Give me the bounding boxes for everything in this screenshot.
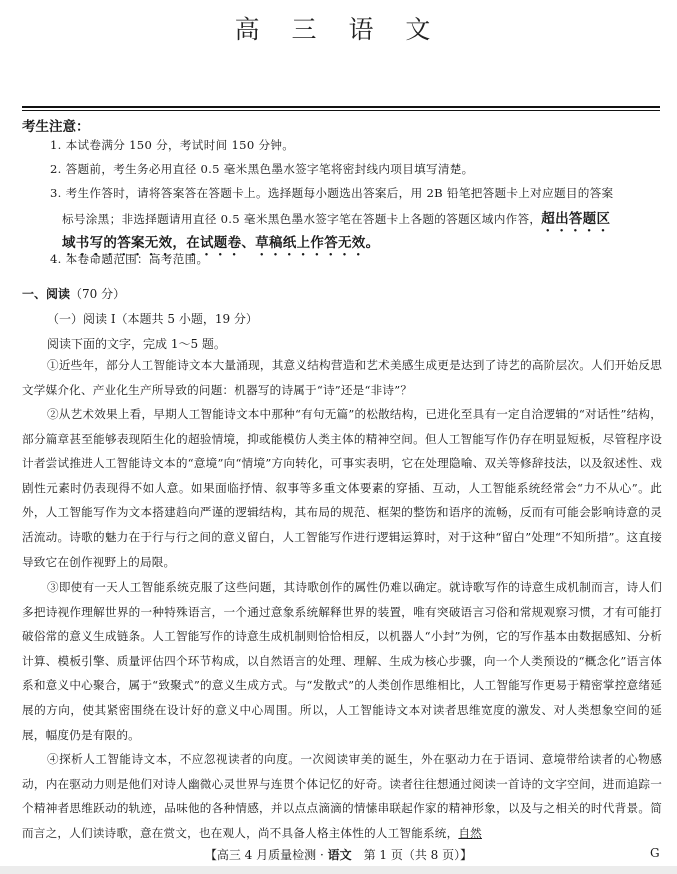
header-rule-thick bbox=[22, 106, 660, 108]
paragraph-4-underlined: 自然 bbox=[458, 826, 482, 840]
page-bottom-edge bbox=[0, 866, 677, 874]
paragraph-3: ③即使有一天人工智能系统克服了这些问题，其诗歌创作的属性仍难以确定。就诗歌写作的… bbox=[22, 575, 662, 747]
paper-version-mark: G bbox=[650, 846, 660, 860]
notice-item-3-plain: 标号涂黑；非选择题请用直径 0.5 毫米黑色墨水签字笔在答题卡上各题的答题区域内… bbox=[62, 212, 541, 226]
footer-prefix: 【高三 4 月质量检测 · bbox=[205, 848, 328, 862]
notice-item-4: 4. 本卷命题范围：高考范围。 bbox=[50, 251, 208, 267]
paragraph-1: ①近些年，部分人工智能诗文本大量涌现，其意义结构营造和艺术美感生成更是达到了诗艺… bbox=[22, 353, 662, 402]
paragraph-2: ②从艺术效果上看，早期人工智能诗文本中那种“有句无篇”的松散结构，已进化至具有一… bbox=[22, 402, 662, 574]
notice-item-3: 3. 考生作答时，请将答案答在答题卡上。选择题每小题选出答案后，用 2B 铅笔把… bbox=[50, 185, 613, 201]
notice-title: 考生注意： bbox=[22, 115, 90, 135]
exam-title: 高 三 语 文 bbox=[0, 10, 677, 46]
footer-page: 第 1 页（共 8 页）】 bbox=[352, 848, 473, 862]
paragraph-4: ④探析人工智能诗文本，不应忽视读者的向度。一次阅读审美的诞生，外在驱动力在于语词… bbox=[22, 747, 662, 845]
header-rule-thin bbox=[22, 110, 660, 111]
notice-item-3-emphasis: 超出答题区 bbox=[541, 211, 610, 227]
notice-item-3-emphasis-cont: 域书写的答案无效，在试题卷、草稿纸上作答无效。 bbox=[62, 235, 379, 251]
paragraph-4-text: ④探析人工智能诗文本，不应忽视读者的向度。一次阅读审美的诞生，外在驱动力在于语词… bbox=[22, 752, 662, 840]
notice-item-2: 2. 答题前，考生务必用直径 0.5 毫米黑色墨水签字笔将密封线内项目填写清楚。 bbox=[50, 161, 474, 177]
notice-item-1: 1. 本试卷满分 150 分，考试时间 150 分钟。 bbox=[50, 137, 294, 153]
reading-instruction: 阅读下面的文字，完成 1～5 题。 bbox=[47, 335, 226, 352]
section-score: （70 分） bbox=[70, 287, 125, 301]
section-title: 一、阅读 bbox=[22, 287, 70, 301]
page-footer: 【高三 4 月质量检测 · 语文 第 1 页（共 8 页）】 bbox=[0, 846, 677, 863]
subsection-title: （一）阅读 Ⅰ（本题共 5 小题，19 分） bbox=[47, 310, 258, 327]
footer-subject: 语文 bbox=[328, 848, 352, 862]
section-heading: 一、阅读（70 分） bbox=[22, 285, 125, 302]
